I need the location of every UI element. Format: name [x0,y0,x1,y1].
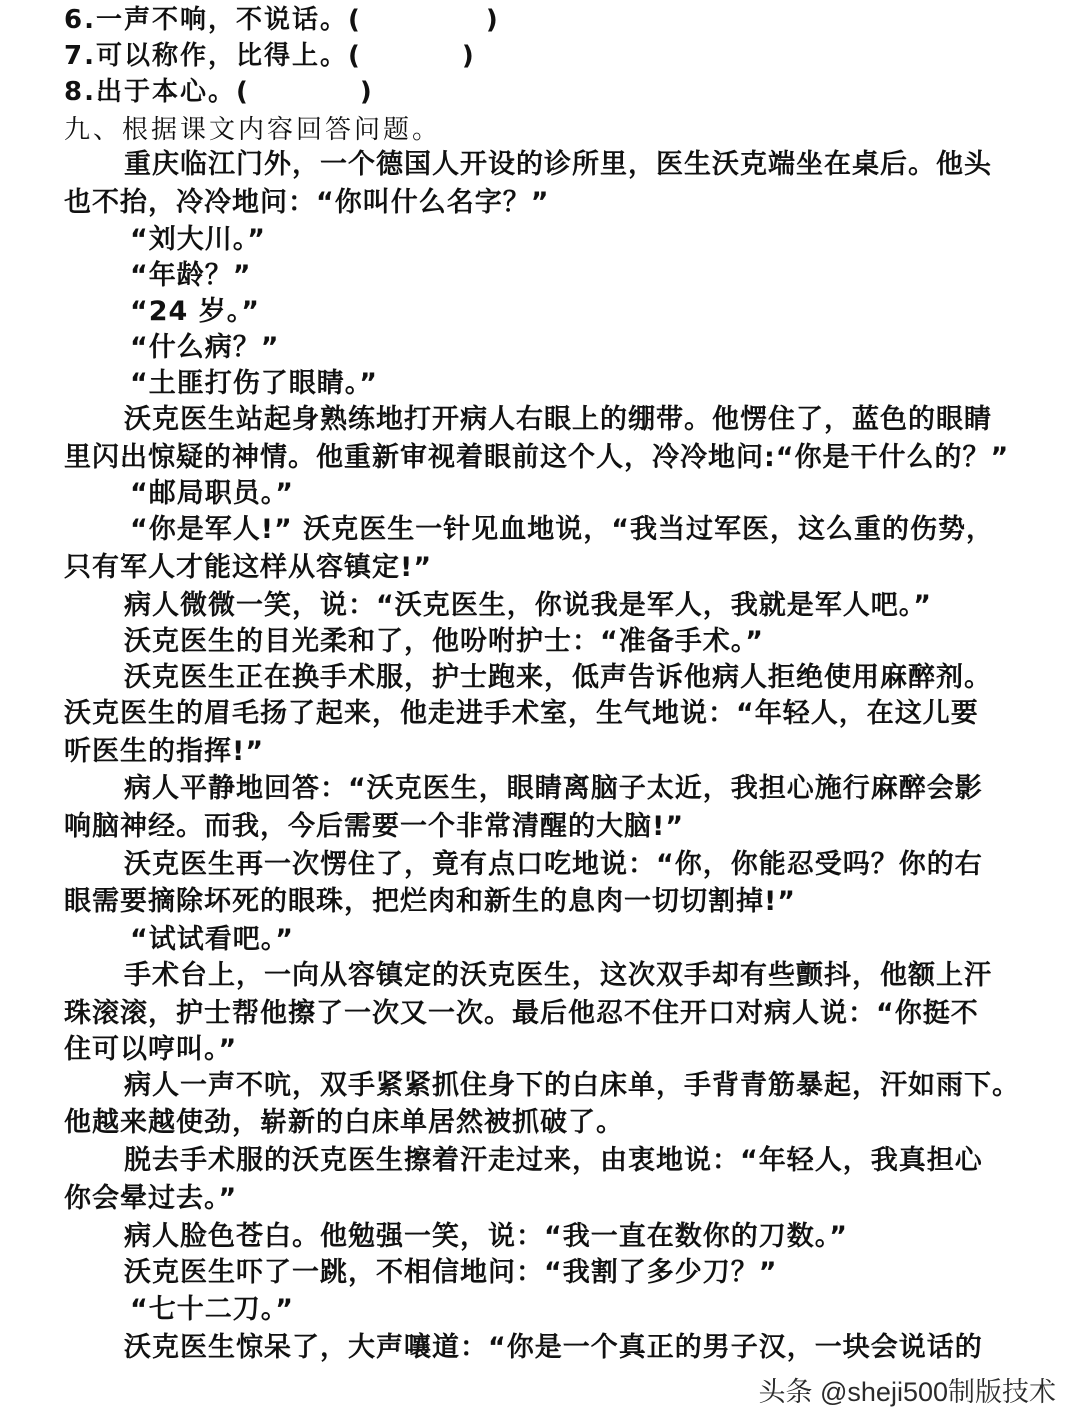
question-number: 6. [64,5,96,35]
passage-line: 沃克医生站起身熟练地打开病人右眼上的绷带。他愣住了，蓝色的眼睛 [124,402,992,438]
question-number: 8. [64,77,96,107]
passage-line: “土匪打伤了眼睛。” [130,366,378,402]
passage-line: 你会晕过去。” [64,1181,237,1217]
passage-line: 也不抬，冷冷地问：“你叫什么名字？” [64,185,550,221]
section-title: 九、根据课文内容回答问题。 [64,112,441,148]
passage-line: “24 岁。” [130,294,260,330]
passage-line: 病人一声不吭，双手紧紧抓住身下的白床单，手背青筋暴起，汗如雨下。 [124,1068,1020,1104]
question-number: 7. [64,41,96,71]
passage-line: 病人脸色苍白。他勉强一笑，说：“我一直在数你的刀数。” [124,1219,848,1255]
passage-line: 珠滚滚，护士帮他擦了一次又一次。最后他忍不住开口对病人说：“你挺不 [64,996,979,1032]
passage-line: 眼需要摘除坏死的眼珠，把烂肉和新生的息肉一切切割掉!” [64,884,796,920]
passage-line: 病人平静地回答：“沃克医生，眼睛离脑子太近，我担心施行麻醉会影 [124,771,983,807]
passage-line: 手术台上，一向从容镇定的沃克医生，这次双手却有些颤抖，他额上汗 [124,958,992,994]
watermark: 头条 @sheji500制版技术 [759,1370,1057,1409]
close-paren: ) [462,41,476,71]
passage-line: 住可以哼叫。” [64,1032,237,1068]
passage-line: 他越来越使劲，崭新的白床单居然被抓破了。 [64,1105,624,1141]
passage-line: “什么病？” [130,330,280,366]
passage-line: “你是军人!” 沃克医生一针见血地说，“我当过军医，这么重的伤势， [130,512,994,548]
question-text: 可以称作，比得上。( [96,41,362,71]
passage-line: “年龄？” [130,258,252,294]
passage-line: 病人微微一笑，说：“沃克医生，你说我是军人，我就是军人吧。” [124,588,932,624]
passage-line: “邮局职员。” [130,476,294,512]
passage-line: 沃克医生再一次愣住了，竟有点口吃地说：“你，你能忍受吗？你的右 [124,847,983,883]
passage-line: 只有军人才能这样从容镇定!” [64,550,432,586]
passage-line: “七十二刀。” [130,1292,294,1328]
passage-line: “试试看吧。” [130,922,294,958]
question-text: 出于本心。( [96,77,250,107]
question-6: 6.一声不响，不说话。() [64,2,500,38]
passage-line: 里闪出惊疑的神情。他重新审视着眼前这个人，冷冷地问:“你是干什么的？” [64,440,1009,476]
exam-page: 6.一声不响，不说话。() 7.可以称作，比得上。() 8.出于本心。() 九、… [0,0,1080,1421]
passage-line: 听医生的指挥!” [64,734,264,770]
close-paren: ) [360,77,374,107]
passage-line: 沃克医生的眉毛扬了起来，他走进手术室，生气地说：“年轻人，在这儿要 [64,696,979,732]
question-7: 7.可以称作，比得上。() [64,38,476,74]
passage-line: 响脑神经。而我，今后需要一个非常清醒的大脑!” [64,809,684,845]
question-text: 一声不响，不说话。( [96,5,362,35]
close-paren: ) [486,5,500,35]
question-8: 8.出于本心。() [64,74,374,110]
passage-line: 沃克医生正在换手术服，护士跑来，低声告诉他病人拒绝使用麻醉剂。 [124,660,992,696]
passage-line: 沃克医生吓了一跳，不相信地问：“我割了多少刀？” [124,1255,778,1291]
passage-line: “刘大川。” [130,222,266,258]
passage-line: 沃克医生的目光柔和了，他吩咐护士：“准备手术。” [124,624,764,660]
passage-line: 重庆临江门外，一个德国人开设的诊所里，医生沃克端坐在桌后。他头 [124,147,992,183]
passage-line: 沃克医生惊呆了，大声嚷道：“你是一个真正的男子汉，一块会说话的 [124,1330,983,1366]
passage-line: 脱去手术服的沃克医生擦着汗走过来，由衷地说：“年轻人，我真担心 [124,1143,983,1179]
